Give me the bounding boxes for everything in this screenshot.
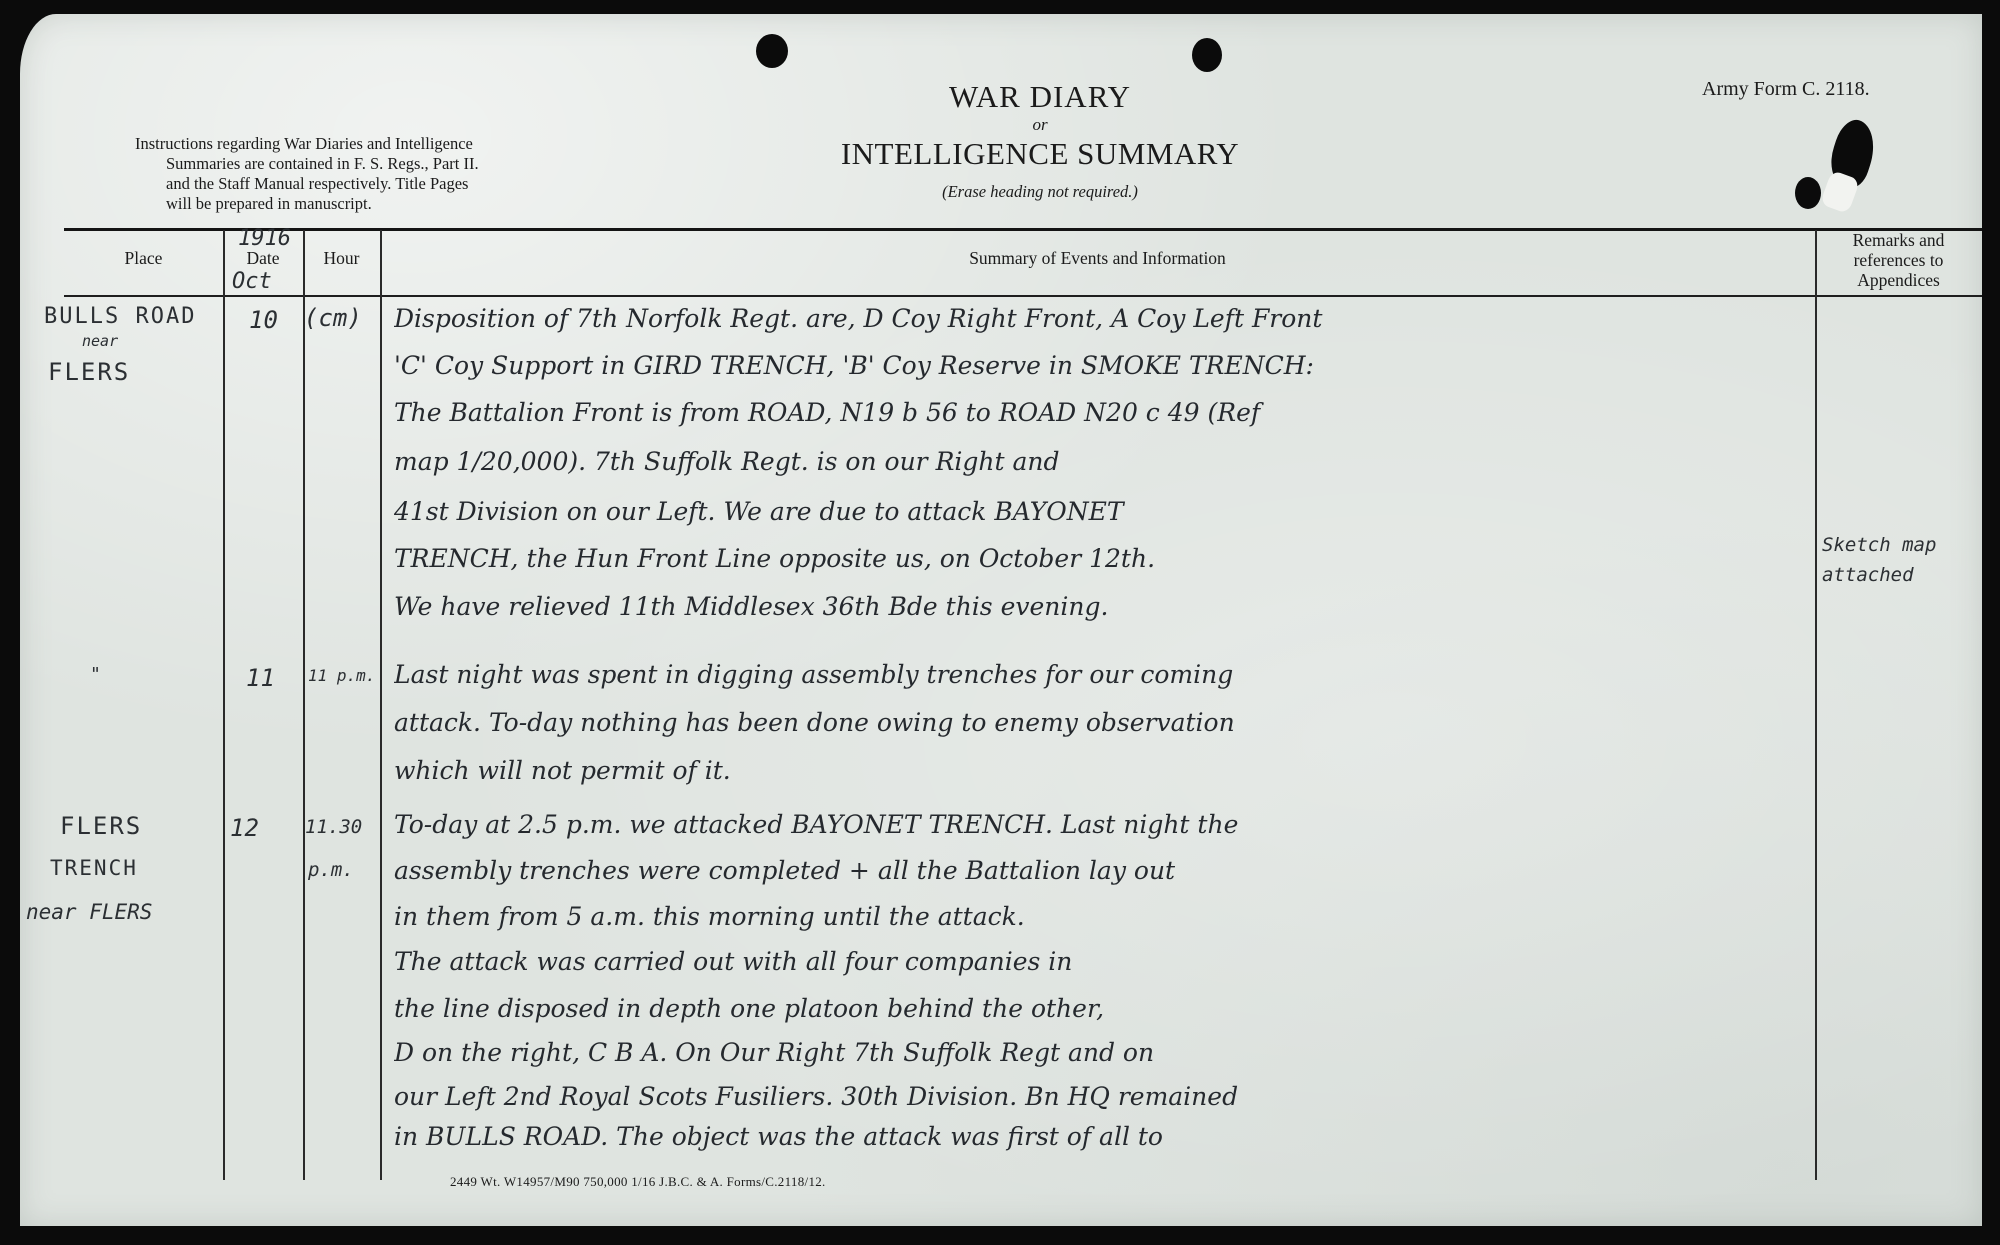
remarks-line: attached <box>1822 564 1914 586</box>
summary-line: attack. To-day nothing has been done owi… <box>394 708 1814 737</box>
title-war-diary: WAR DIARY <box>720 78 1360 116</box>
divider-summary-remarks <box>1815 230 1817 1180</box>
divider-hour-summary <box>380 230 382 1180</box>
summary-line: We have relieved 11th Middlesex 36th Bde… <box>394 592 1814 621</box>
entry-place-line: near <box>82 332 118 350</box>
summary-line: the line disposed in depth one platoon b… <box>394 994 1814 1023</box>
summary-line: TRENCH, the Hun Front Line opposite us, … <box>394 544 1814 573</box>
torn-hole-small-icon <box>1795 177 1821 209</box>
punch-hole-left <box>756 34 788 68</box>
entry-date: 11 <box>246 664 275 692</box>
divider-date-hour <box>303 230 305 1180</box>
entry-hour: 11 p.m. <box>308 666 375 685</box>
date-year-annotation: 1916 <box>238 226 291 251</box>
entry-date: 12 <box>230 814 259 842</box>
entry-hour-line: 11.30 <box>305 816 362 838</box>
summary-line: 'C' Coy Support in GIRD TRENCH, 'B' Coy … <box>394 351 1814 380</box>
summary-line: in them from 5 a.m. this morning until t… <box>394 902 1814 931</box>
title-or: or <box>720 116 1360 134</box>
column-header-date: Date <box>223 248 303 269</box>
column-header-rule <box>64 295 1982 297</box>
column-header-hour: Hour <box>303 248 380 269</box>
footer-print-line: 2449 Wt. W14957/M90 750,000 1/16 J.B.C. … <box>450 1174 826 1190</box>
summary-line: The Battalion Front is from ROAD, N19 b … <box>394 398 1814 427</box>
entry-hour-line: p.m. <box>308 859 354 881</box>
entry-hour: (cm) <box>304 304 362 332</box>
summary-line: our Left 2nd Royal Scots Fusiliers. 30th… <box>394 1082 1814 1111</box>
entry-place-line: FLERS <box>48 358 130 386</box>
summary-line: in BULLS ROAD. The object was the attack… <box>394 1122 1814 1151</box>
instructions-line: Summaries are contained in F. S. Regs., … <box>135 154 580 174</box>
summary-line: The attack was carried out with all four… <box>394 947 1814 976</box>
summary-line: 41st Division on our Left. We are due to… <box>394 497 1814 526</box>
remarks-header-line: Remarks and <box>1815 230 1982 250</box>
war-diary-page: Instructions regarding War Diaries and I… <box>20 14 1982 1226</box>
entry-place-line: near FLERS <box>26 900 152 924</box>
entry-place-ditto: " <box>90 664 101 685</box>
remarks-header-line: Appendices <box>1815 270 1982 290</box>
punch-hole-right <box>1192 38 1222 72</box>
date-month-annotation: Oct <box>232 269 272 294</box>
entry-place-line: FLERS <box>60 812 142 840</box>
entry-place-line: BULLS ROAD <box>44 304 196 329</box>
column-header-summary: Summary of Events and Information <box>380 248 1815 269</box>
summary-line: To-day at 2.5 p.m. we attacked BAYONET T… <box>394 810 1814 839</box>
summary-line: assembly trenches were completed + all t… <box>394 856 1814 885</box>
instructions-line: Instructions regarding War Diaries and I… <box>135 134 580 154</box>
column-header-remarks: Remarks and references to Appendices <box>1815 230 1982 290</box>
title-note: (Erase heading not required.) <box>720 182 1360 202</box>
summary-line: Disposition of 7th Norfolk Regt. are, D … <box>394 304 1814 333</box>
entry-date: 10 <box>249 306 278 334</box>
divider-place-date <box>223 230 225 1180</box>
page-title: WAR DIARY or INTELLIGENCE SUMMARY (Erase… <box>720 78 1360 202</box>
army-form-number: Army Form C. 2118. <box>1702 78 1870 101</box>
instructions-text: Instructions regarding War Diaries and I… <box>135 134 580 214</box>
header-rule <box>64 228 1982 231</box>
remarks-header-line: references to <box>1815 250 1982 270</box>
title-intelligence-summary: INTELLIGENCE SUMMARY <box>720 134 1360 174</box>
instructions-line: and the Staff Manual respectively. Title… <box>135 174 580 194</box>
summary-line: map 1/20,000). 7th Suffolk Regt. is on o… <box>394 447 1814 476</box>
instructions-line: will be prepared in manuscript. <box>135 194 580 214</box>
remarks-line: Sketch map <box>1822 534 1936 556</box>
column-header-place: Place <box>64 248 223 269</box>
summary-line: which will not permit of it. <box>394 756 1814 785</box>
summary-line: Last night was spent in digging assembly… <box>394 660 1814 689</box>
entry-place-line: TRENCH <box>50 856 138 880</box>
summary-line: D on the right, C B A. On Our Right 7th … <box>394 1038 1814 1067</box>
